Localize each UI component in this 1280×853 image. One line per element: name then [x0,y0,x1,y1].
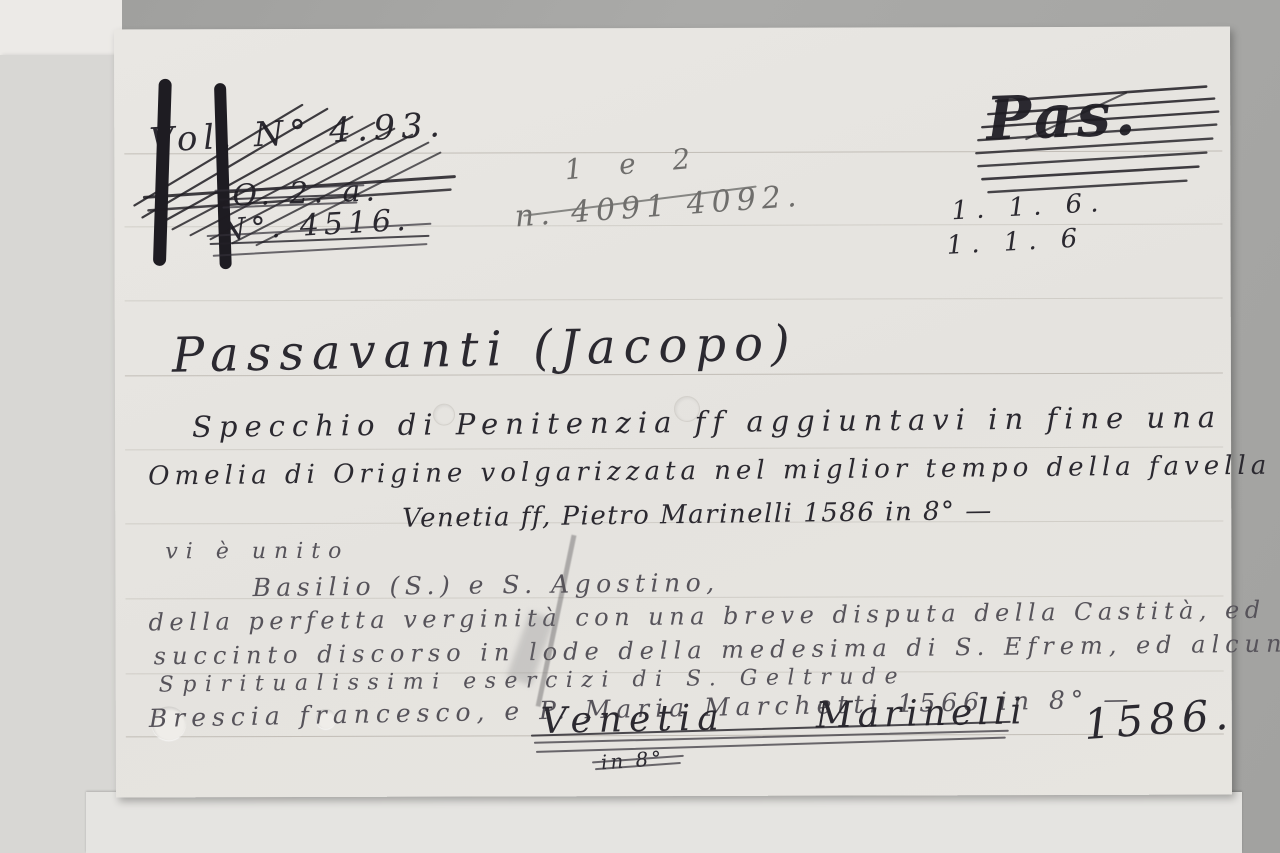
second-author-line: Basilio (S.) e S. Agostino, [252,570,719,600]
imprint-line: Venetia ff, Pietro Marinelli 1586 in 8° … [402,498,993,532]
year-note: 1586. [1082,693,1235,746]
title-line: Omelia di Origine volgarizzata nel migli… [148,452,1280,489]
author-heading: Passavanti (Jacopo) [171,319,798,380]
title-line: Specchio di Penitenzia ff aggiuntavi in … [192,403,1222,442]
second-title-line: succinto discorso in lode della medesima… [154,631,1280,668]
second-title-line: della perfetta verginità con una breve d… [148,597,1280,634]
price-line-2: 1. 1. 6 [946,225,1086,259]
background-sheet-left [0,55,132,853]
copies-note: 1 e 2 [563,144,705,184]
crossed-publisher: Marinelli [815,694,1027,734]
photo-backdrop: Vol. N° 4.93. O. 2. a. N°. 4516. [0,0,1280,853]
background-sheet-bottom [86,792,1242,853]
catalog-card: Vol. N° 4.93. O. 2. a. N°. 4516. [114,27,1232,798]
ruled-line [125,298,1223,302]
bound-with-note: vi è unito [165,541,349,563]
ruled-line [125,447,1223,451]
